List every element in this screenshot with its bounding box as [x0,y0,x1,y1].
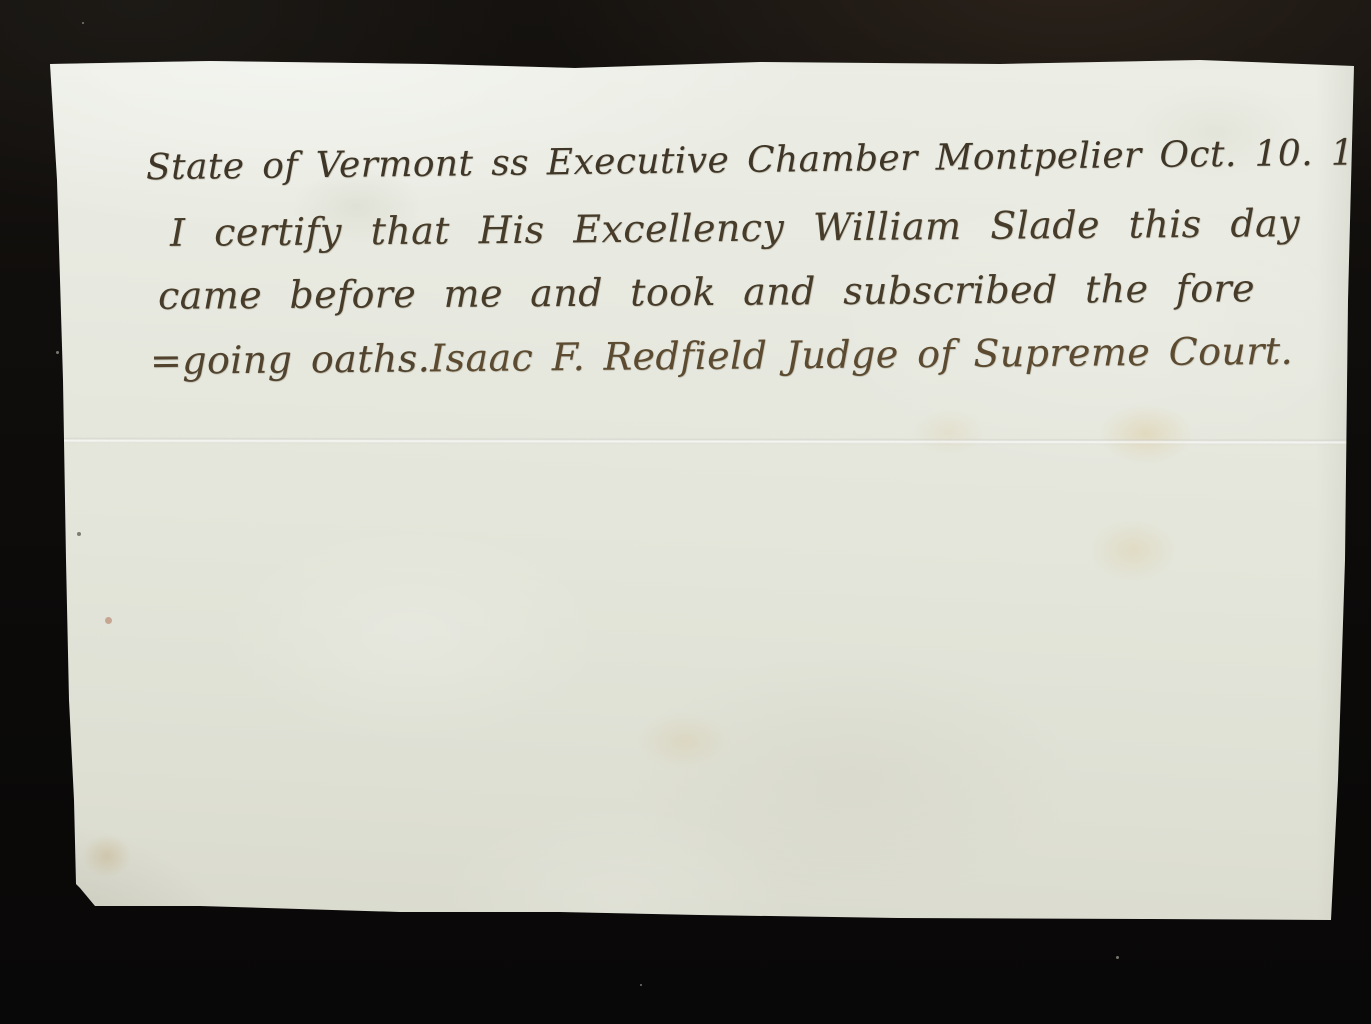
handwritten-line-certify: I certify that His Excellency William Sl… [170,201,1300,255]
foxing-stain [1098,403,1194,465]
dust-speck [640,984,642,986]
dust-speck [56,351,59,354]
foxing-stain [636,712,732,770]
foxing-stain [912,408,986,456]
signature: Isaac F. Redfield Judge of Supreme Court… [430,329,1293,381]
ink-fleck [77,532,81,536]
photo-background: State of Vermont ss Executive Chamber Mo… [0,0,1371,1024]
handwritten-line-heading: State of Vermont ss Executive Chamber Mo… [146,133,1334,189]
document-paper: State of Vermont ss Executive Chamber Mo… [0,0,1371,1024]
corner-stain [82,834,132,878]
fold-crease [50,438,1346,445]
handwritten-line-body: came before me and took and subscribed t… [158,266,1255,318]
dust-speck [82,22,84,24]
foxing-stain [1090,518,1176,582]
closing-words: =going oaths. [150,336,431,382]
ink-fleck [105,617,112,624]
dust-speck [1116,956,1119,959]
handwritten-line-signature: =going oaths. Isaac F. Redfield Judge of… [150,329,1242,383]
